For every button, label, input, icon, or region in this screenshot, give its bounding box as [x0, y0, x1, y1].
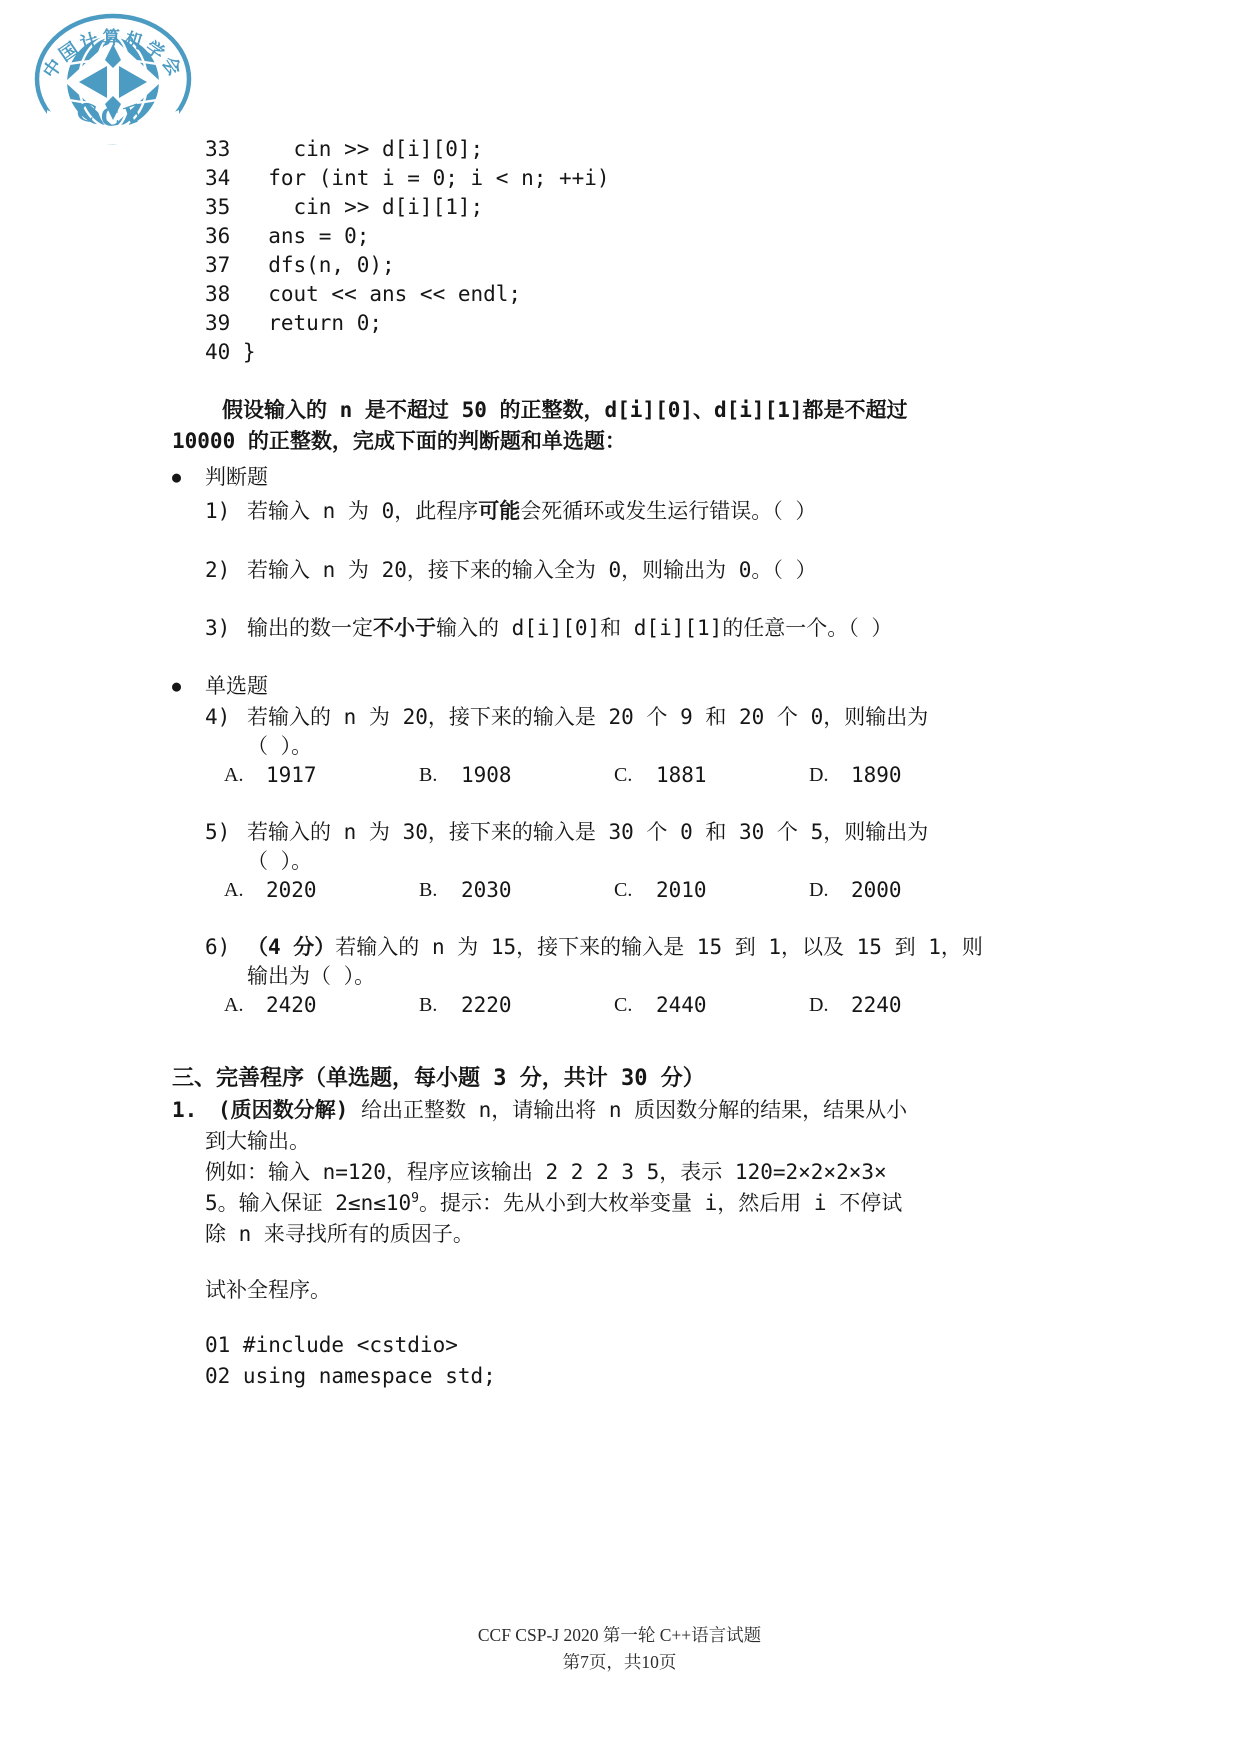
question-number: 4) — [205, 703, 247, 732]
option-value: 1890 — [851, 761, 902, 790]
problem-number: 1. — [172, 1095, 218, 1126]
option-letter: B. — [419, 876, 461, 905]
option-value: 1881 — [656, 761, 707, 790]
option-value: 1917 — [266, 761, 317, 790]
option-value: 2010 — [656, 876, 707, 905]
question-6: 6) （4 分）若输入的 n 为 15，接下来的输入是 15 到 1，以及 15… — [172, 933, 1122, 962]
question-5: 5) 若输入的 n 为 30，接下来的输入是 30 个 0 和 30 个 5，则… — [172, 818, 1122, 847]
option-b: B. 2030 — [419, 876, 614, 905]
prompt-text: 试补全程序。 — [172, 1275, 1122, 1306]
option-b: B. 2220 — [419, 991, 614, 1020]
question-4-continuation: （ ）。 — [172, 732, 1122, 761]
question-5-continuation: （ ）。 — [172, 847, 1122, 876]
option-value: 2240 — [851, 991, 902, 1020]
question-number: 6) — [205, 933, 247, 962]
option-value: 2220 — [461, 991, 512, 1020]
choice-section-title: 单选题 — [205, 672, 268, 701]
option-c: C. 2440 — [614, 991, 809, 1020]
code-line: 01 #include <cstdio> — [205, 1330, 1122, 1361]
question-text: 若输入 n 为 0，此程序可能会死循环或发生运行错误。（ ） — [247, 497, 816, 526]
option-letter: A. — [224, 761, 266, 790]
option-letter: D. — [809, 876, 851, 905]
option-d: D. 2000 — [809, 876, 902, 905]
option-letter: B. — [419, 991, 461, 1020]
intro-paragraph: 假设输入的 n 是不超过 50 的正整数，d[i][0]、d[i][1]都是不超… — [172, 395, 1122, 457]
option-letter: B. — [419, 761, 461, 790]
question-2: 2) 若输入 n 为 20，接下来的输入全为 0，则输出为 0。（ ） — [172, 556, 1122, 585]
option-value: 2020 — [266, 876, 317, 905]
option-letter: C. — [614, 876, 656, 905]
option-a: A. 2420 — [224, 991, 419, 1020]
code-line: 35 cin >> d[i][1]; — [205, 193, 1122, 222]
question-text: （4 分）若输入的 n 为 15，接下来的输入是 15 到 1，以及 15 到 … — [247, 933, 983, 962]
option-letter: D. — [809, 991, 851, 1020]
example-line-2: 5。输入保证 2≤n≤109。提示：先从小到大枚举变量 i，然后用 i 不停试 — [172, 1188, 1122, 1219]
code-listing-top: 33 cin >> d[i][0]; 34 for (int i = 0; i … — [205, 135, 1122, 367]
question-1: 1) 若输入 n 为 0，此程序可能会死循环或发生运行错误。（ ） — [172, 497, 1122, 526]
code-line: 34 for (int i = 0; i < n; ++i) — [205, 164, 1122, 193]
code-line: 40 } — [205, 338, 1122, 367]
footer-page-number: 第7页，共10页 — [0, 1649, 1239, 1676]
section-heading: 三、完善程序（单选题，每小题 3 分，共计 30 分） — [172, 1063, 1122, 1095]
option-letter: D. — [809, 761, 851, 790]
option-value: 1908 — [461, 761, 512, 790]
question-number: 1) — [205, 497, 247, 526]
question-number: 2) — [205, 556, 247, 585]
option-letter: C. — [614, 761, 656, 790]
answer-options: A. 2420 B. 2220 C. 2440 D. 2240 — [172, 991, 1122, 1020]
option-value: 2030 — [461, 876, 512, 905]
option-value: 2420 — [266, 991, 317, 1020]
problem-text-continuation: 到大输出。 — [172, 1126, 1122, 1157]
question-number: 3) — [205, 614, 247, 643]
code-line: 38 cout << ans << endl; — [205, 280, 1122, 309]
answer-options: A. 1917 B. 1908 C. 1881 D. 1890 — [172, 761, 1122, 790]
option-letter: A. — [224, 876, 266, 905]
code-line: 39 return 0; — [205, 309, 1122, 338]
judge-section-title: 判断题 — [205, 463, 268, 492]
question-number: 5) — [205, 818, 247, 847]
exam-page: 中国计算机学会 CCF 33 cin >> d[i][0]; 34 for (i… — [0, 0, 1239, 1754]
question-6-continuation: 输出为（ ）。 — [172, 962, 1122, 991]
question-4: 4) 若输入的 n 为 20，接下来的输入是 20 个 9 和 20 个 0，则… — [172, 703, 1122, 732]
ccf-logo: 中国计算机学会 CCF — [33, 12, 193, 146]
option-a: A. 2020 — [224, 876, 419, 905]
example-line-1: 例如：输入 n=120，程序应该输出 2 2 2 3 5，表示 120=2×2×… — [172, 1157, 1122, 1188]
page-footer: CCF CSP-J 2020 第一轮 C++语言试题 第7页，共10页 — [0, 1622, 1239, 1676]
choice-section-header: ● 单选题 — [172, 672, 1122, 701]
option-letter: C. — [614, 991, 656, 1020]
code-line: 02 using namespace std; — [205, 1361, 1122, 1392]
intro-line-1: 假设输入的 n 是不超过 50 的正整数，d[i][0]、d[i][1]都是不超… — [172, 395, 1122, 426]
answer-options: A. 2020 B. 2030 C. 2010 D. 2000 — [172, 876, 1122, 905]
question-text: 输出的数一定不小于输入的 d[i][0]和 d[i][1]的任意一个。（ ） — [247, 614, 892, 643]
page-content: 33 cin >> d[i][0]; 34 for (int i = 0; i … — [172, 0, 1122, 1392]
bullet-icon: ● — [172, 672, 205, 701]
option-d: D. 1890 — [809, 761, 902, 790]
option-a: A. 1917 — [224, 761, 419, 790]
question-text: 若输入 n 为 20，接下来的输入全为 0，则输出为 0。（ ） — [247, 556, 817, 585]
option-c: C. 2010 — [614, 876, 809, 905]
option-b: B. 1908 — [419, 761, 614, 790]
problem-1: 1. (质因数分解) 给出正整数 n，请输出将 n 质因数分解的结果，结果从小 — [172, 1095, 1122, 1126]
intro-line-2: 10000 的正整数，完成下面的判断题和单选题： — [172, 426, 1122, 457]
footer-title: CCF CSP-J 2020 第一轮 C++语言试题 — [0, 1622, 1239, 1649]
bullet-icon: ● — [172, 463, 205, 492]
example-line-3: 除 n 来寻找所有的质因子。 — [172, 1219, 1122, 1250]
question-text: 若输入的 n 为 30，接下来的输入是 30 个 0 和 30 个 5，则输出为 — [247, 818, 928, 847]
option-c: C. 1881 — [614, 761, 809, 790]
code-line: 33 cin >> d[i][0]; — [205, 135, 1122, 164]
code-line: 37 dfs(n, 0); — [205, 251, 1122, 280]
question-3: 3) 输出的数一定不小于输入的 d[i][0]和 d[i][1]的任意一个。（ … — [172, 614, 1122, 643]
question-text: 若输入的 n 为 20，接下来的输入是 20 个 9 和 20 个 0，则输出为 — [247, 703, 928, 732]
option-d: D. 2240 — [809, 991, 902, 1020]
option-value: 2440 — [656, 991, 707, 1020]
code-line: 36 ans = 0; — [205, 222, 1122, 251]
judge-section-header: ● 判断题 — [172, 463, 1122, 492]
option-value: 2000 — [851, 876, 902, 905]
option-letter: A. — [224, 991, 266, 1020]
problem-text: (质因数分解) 给出正整数 n，请输出将 n 质因数分解的结果，结果从小 — [218, 1095, 907, 1126]
code-listing-bottom: 01 #include <cstdio> 02 using namespace … — [205, 1330, 1122, 1392]
